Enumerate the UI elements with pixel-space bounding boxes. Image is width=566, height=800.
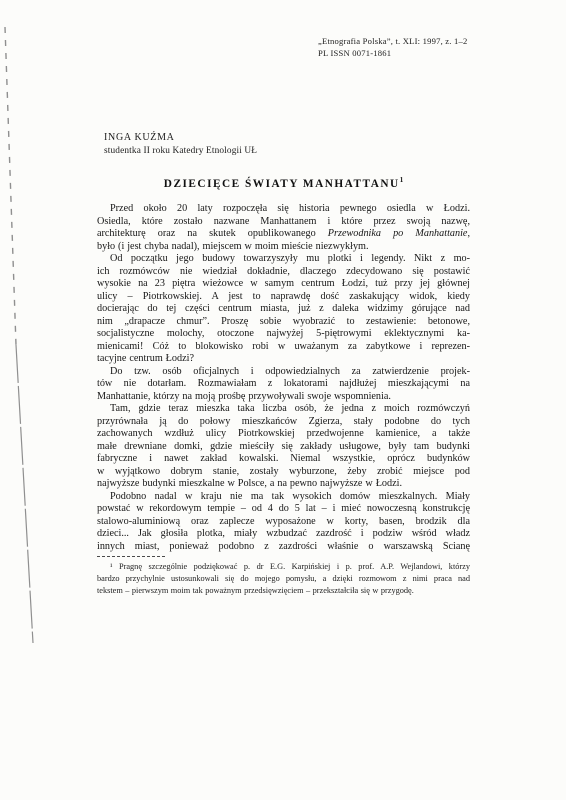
paragraph-4: Tam, gdzie teraz mieszka taka liczba osó… (97, 403, 470, 491)
journal-citation-line: „Etnografia Polska”, t. XLI: 1997, z. 1–… (318, 36, 468, 48)
text-line: docierając do tej części centrum miasta,… (97, 303, 470, 316)
text-line: innych miast, ponieważ podobno z zazdroś… (97, 541, 470, 554)
title-footnote-mark: 1 (400, 176, 404, 184)
footnote: ¹ Pragnę szczególnie podziękować p. dr E… (97, 561, 470, 597)
article-body: Przed około 20 laty rozpoczęła się histo… (97, 203, 470, 553)
text-line: Tam, gdzie teraz mieszka taka liczba osó… (97, 403, 470, 416)
text-line: Manhattanie, którzy na moją prośbę przyw… (97, 391, 470, 404)
text-line: tacyjne centrum Łodzi? (97, 353, 470, 366)
text-line: Podobno nadal w kraju nie ma tak wysokic… (97, 491, 470, 504)
text-line: Od początku jego budowy towarzyszyły mu … (97, 253, 470, 266)
author-name: INGA KUŹMA (104, 132, 257, 143)
paragraph-3: Do tzw. osób oficjalnych i odpowiedzialn… (97, 366, 470, 404)
text-line: socjalistyczne molochy, otoczone najwyże… (97, 328, 470, 341)
paragraph-2: Od początku jego budowy towarzyszyły mu … (97, 253, 470, 366)
scanned-journal-page: „Etnografia Polska”, t. XLI: 1997, z. 1–… (0, 0, 566, 800)
paragraph-1: Przed około 20 laty rozpoczęła się histo… (97, 203, 470, 253)
text-line: fabryczne i nawet zakład kowalski. Niema… (97, 453, 470, 466)
text-line: nim „drapacze chmur”. Proszę sobie wyobr… (97, 316, 470, 329)
italic-text-segment: Przewodnika po Manhattanie (328, 228, 468, 239)
text-line: Do tzw. osób oficjalnych i odpowiedzialn… (97, 366, 470, 379)
text-line: stalowo-aluminiową oraz zaplecze wyposaż… (97, 516, 470, 529)
text-line: w wyjątkowo dobrym stanie, zostały wybur… (97, 466, 470, 479)
text-line: architekturę oraz na skutek opublikowane… (97, 228, 470, 241)
text-line: tekstem – pierwszym moim tak poważnym pr… (97, 585, 470, 597)
text-line: małe drewniane domki, gdzie mieściły się… (97, 441, 470, 454)
text-line: Osiedla, które zostało nazwane Manhattan… (97, 216, 470, 229)
text-line: Przed około 20 laty rozpoczęła się histo… (97, 203, 470, 216)
text-segment: , (467, 228, 470, 239)
paragraph-5: Podobno nadal w kraju nie ma tak wysokic… (97, 491, 470, 554)
footnote-separator (97, 556, 165, 557)
text-line: mienicami! Cóż to blokowisko robi w uważ… (97, 341, 470, 354)
text-line: tów nie dotarłam. Rozmawiałam z lokatora… (97, 378, 470, 391)
text-segment: architekturę oraz na skutek opublikowane… (97, 228, 328, 239)
article-title-text: DZIECIĘCE ŚWIATY MANHATTANU (164, 178, 400, 190)
text-line: ¹ Pragnę szczególnie podziękować p. dr E… (97, 561, 470, 573)
text-line: najwyższe budynki mieszkalne w Polsce, a… (97, 478, 470, 491)
text-line: powstać w rekordowym tempie – od 4 do 5 … (97, 503, 470, 516)
text-line: zachowanych wzdłuż ulicy Piotrkowskiej p… (97, 428, 470, 441)
author-affiliation: studentka II roku Katedry Etnologii UŁ (104, 146, 257, 156)
text-line: przyrównała ją do połowy mieszkańców Zgi… (97, 416, 470, 429)
text-line: ich rozmówców nie wiedział dokładnie, dl… (97, 266, 470, 279)
text-line: było (i jest chyba nadal), miejscem w mo… (97, 241, 470, 254)
text-line: ulicy – Piotrkowskiej. A jest to naprawd… (97, 291, 470, 304)
text-line: wysokie na 23 piętra wieżowce w samym ce… (97, 278, 470, 291)
issn-line: PL ISSN 0071-1861 (318, 48, 468, 60)
author-block: INGA KUŹMA studentka II roku Katedry Etn… (104, 132, 257, 156)
text-line: bardzo przychylnie ustosunkowali się do … (97, 573, 470, 585)
article-title: DZIECIĘCE ŚWIATY MANHATTANU1 (97, 176, 470, 190)
journal-masthead: „Etnografia Polska”, t. XLI: 1997, z. 1–… (318, 36, 468, 59)
text-line: dzieci... Jak głosiła plotka, miały wzbu… (97, 528, 470, 541)
